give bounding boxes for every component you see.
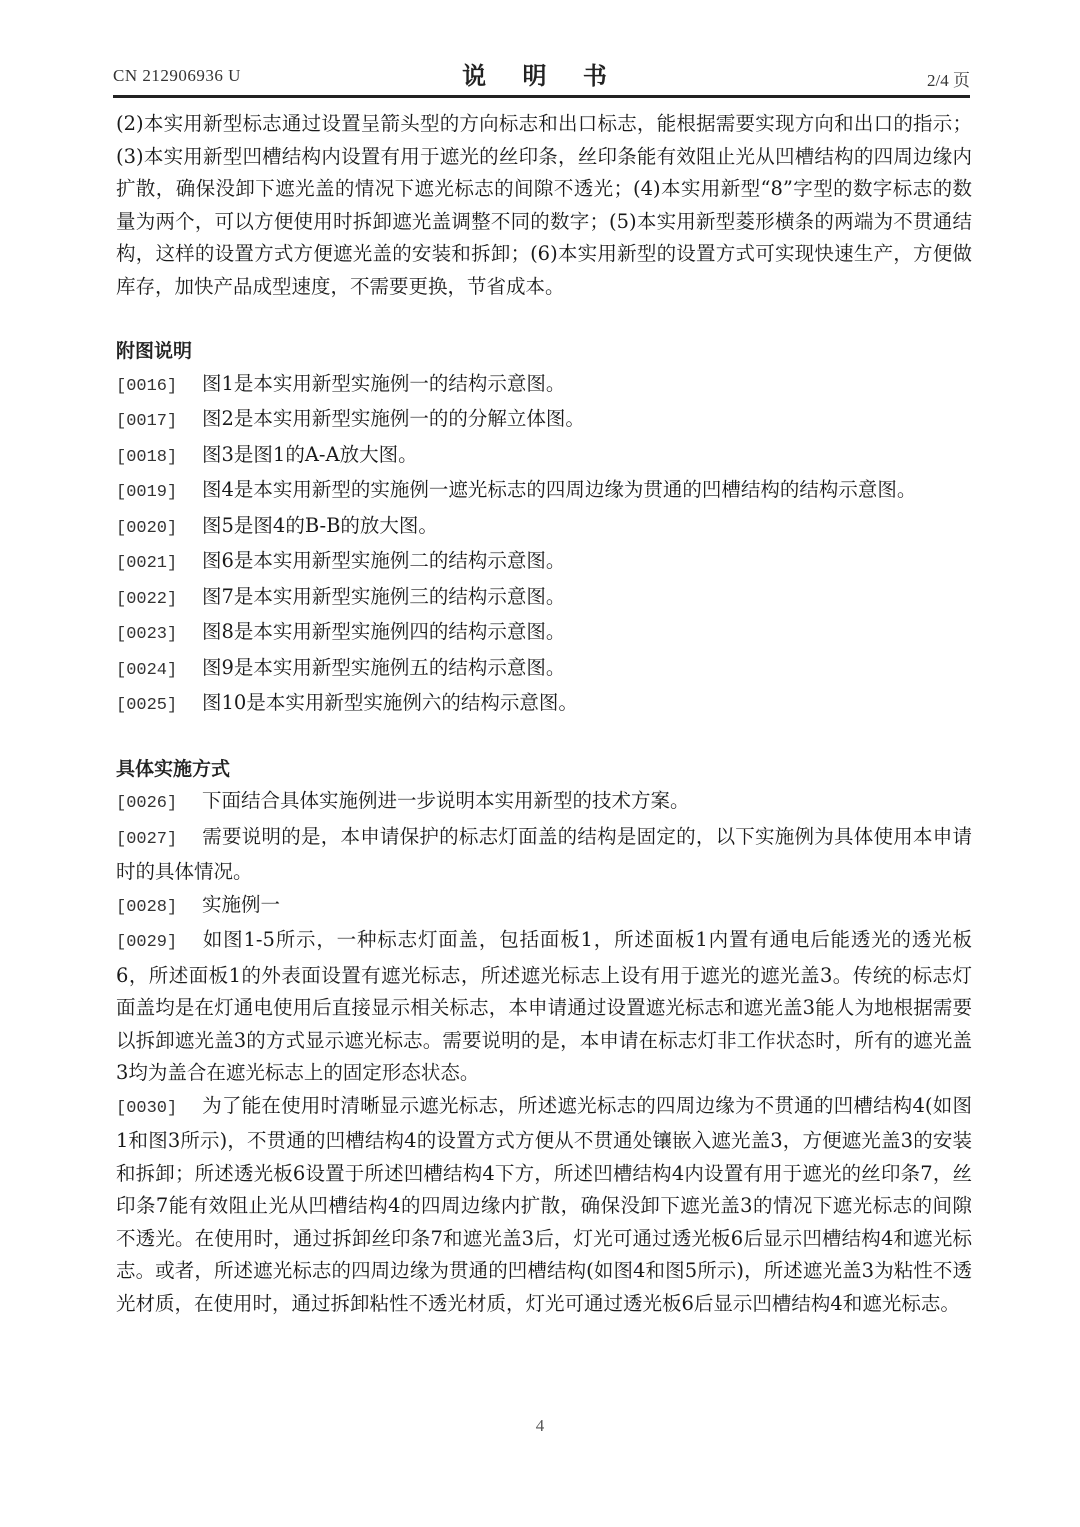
paragraph-text: 图1是本实用新型实施例一的结构示意图。 [202, 372, 565, 395]
paragraph-text: 图8是本实用新型实施例四的结构示意图。 [202, 620, 565, 643]
paragraph-number: [0019] [116, 477, 202, 510]
paragraph-text: 如图1-5所示，一种标志灯面盖，包括面板1，所述面板1内置有通电后能透光的透光板… [116, 928, 972, 1084]
paragraph-number: [0017] [116, 406, 202, 439]
paragraph-number: [0023] [116, 619, 202, 652]
paragraph-0020: [0020]图5是图4的B-B的放大图。 [116, 510, 972, 546]
paragraph-text: 图5是图4的B-B的放大图。 [202, 514, 438, 537]
paragraph-number: [0024] [116, 655, 202, 688]
paragraph-0028: [0028]实施例一 [116, 889, 972, 925]
paragraph-0022: [0022]图7是本实用新型实施例三的结构示意图。 [116, 581, 972, 617]
paragraph-0019: [0019]图4是本实用新型的实施例一遮光标志的四周边缘为贯通的凹槽结构的结构示… [116, 474, 972, 510]
paragraph-0030: [0030]为了能在使用时清晰显示遮光标志，所述遮光标志的四周边缘为不贯通的凹槽… [116, 1090, 972, 1321]
paragraph-0026: [0026]下面结合具体实施例进一步说明本实用新型的技术方案。 [116, 785, 972, 821]
paragraph-text: 图7是本实用新型实施例三的结构示意图。 [202, 585, 565, 608]
paragraph-text: 图4是本实用新型的实施例一遮光标志的四周边缘为贯通的凹槽结构的结构示意图。 [202, 478, 916, 501]
paragraph-0025: [0025]图10是本实用新型实施例六的结构示意图。 [116, 687, 972, 723]
paragraph-number: [0027] [116, 824, 202, 857]
paragraph-text: 为了能在使用时清晰显示遮光标志，所述遮光标志的四周边缘为不贯通的凹槽结构4(如图… [116, 1094, 972, 1315]
paragraph-text: 下面结合具体实施例进一步说明本实用新型的技术方案。 [202, 789, 690, 812]
paragraph-number: [0018] [116, 442, 202, 475]
paragraph-0024: [0024]图9是本实用新型实施例五的结构示意图。 [116, 652, 972, 688]
paragraph-text: 图3是图1的A-A放大图。 [202, 443, 418, 466]
paragraph-number: [0022] [116, 584, 202, 617]
paragraph-0018: [0018]图3是图1的A-A放大图。 [116, 439, 972, 475]
paragraph-text: 需要说明的是，本申请保护的标志灯面盖的结构是固定的，以下实施例为具体使用本申请时… [116, 825, 972, 884]
paragraph-text: 图10是本实用新型实施例六的结构示意图。 [202, 691, 578, 714]
paragraph-number: [0020] [116, 513, 202, 546]
document-body: (2)本实用新型标志通过设置呈箭头型的方向标志和出口标志，能根据需要实现方向和出… [116, 108, 972, 1320]
paragraph-number: [0016] [116, 371, 202, 404]
paragraph-text: 图2是本实用新型实施例一的的分解立体图。 [202, 407, 585, 430]
paragraph-number: [0021] [116, 548, 202, 581]
paragraph-text: 图6是本实用新型实施例二的结构示意图。 [202, 549, 565, 572]
paragraph-number: [0030] [116, 1093, 202, 1126]
spacer [116, 303, 972, 335]
paragraph-0016: [0016]图1是本实用新型实施例一的结构示意图。 [116, 368, 972, 404]
paragraph-0027: [0027]需要说明的是，本申请保护的标志灯面盖的结构是固定的，以下实施例为具体… [116, 821, 972, 889]
paragraph-text: 图9是本实用新型实施例五的结构示意图。 [202, 656, 565, 679]
intro-paragraph: (2)本实用新型标志通过设置呈箭头型的方向标志和出口标志，能根据需要实现方向和出… [116, 108, 972, 303]
paragraph-number: [0026] [116, 788, 202, 821]
document-title: 说 明 书 [113, 56, 970, 91]
paragraph-number: [0028] [116, 892, 202, 925]
figures-section-title: 附图说明 [116, 335, 972, 368]
page-count: 2/4 页 [927, 66, 970, 91]
spacer [116, 723, 972, 753]
paragraph-number: [0029] [116, 927, 202, 960]
header-divider [113, 95, 970, 98]
paragraph-0029: [0029]如图1-5所示，一种标志灯面盖，包括面板1，所述面板1内置有通电后能… [116, 924, 972, 1090]
paragraph-0021: [0021]图6是本实用新型实施例二的结构示意图。 [116, 545, 972, 581]
paragraph-text: 实施例一 [202, 893, 280, 916]
embodiment-section-title: 具体实施方式 [116, 753, 972, 786]
page-header: CN 212906936 U 说 明 书 2/4 页 [113, 56, 970, 92]
paragraph-number: [0025] [116, 690, 202, 723]
page-number: 4 [0, 1416, 1080, 1436]
paragraph-0017: [0017]图2是本实用新型实施例一的的分解立体图。 [116, 403, 972, 439]
paragraph-0023: [0023]图8是本实用新型实施例四的结构示意图。 [116, 616, 972, 652]
